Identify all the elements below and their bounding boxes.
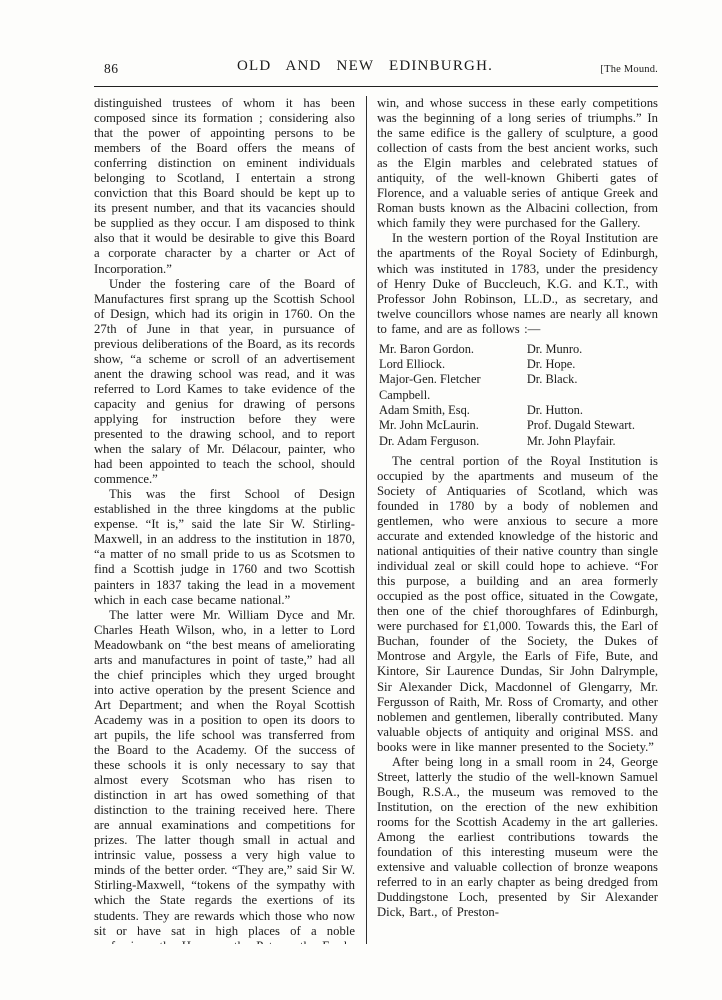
councillor-name: Mr. John Playfair. xyxy=(527,434,658,449)
paragraph: In the western portion of the Royal Inst… xyxy=(377,231,658,336)
councillor-name: Dr. Black. xyxy=(527,372,658,403)
list-item: Major-Gen. Fletcher Campbell. Dr. Black. xyxy=(379,372,658,403)
header-rule xyxy=(94,86,658,87)
page-title: OLD AND NEW EDINBURGH. xyxy=(72,58,658,75)
list-item: Mr. Baron Gordon. Dr. Munro. xyxy=(379,342,658,357)
text-columns: distinguished trustees of whom it has be… xyxy=(94,96,658,944)
councillor-name: Mr. Baron Gordon. xyxy=(379,342,527,357)
paragraph: distinguished trustees of whom it has be… xyxy=(94,96,355,277)
councillor-name: Major-Gen. Fletcher Campbell. xyxy=(379,372,527,403)
paragraph: The latter were Mr. William Dyce and Mr.… xyxy=(94,608,355,944)
left-column: distinguished trustees of whom it has be… xyxy=(94,96,366,944)
right-column: win, and whose success in these early co… xyxy=(367,96,658,944)
book-page: 86 OLD AND NEW EDINBURGH. [The Mound. di… xyxy=(0,0,722,1000)
paragraph: The central portion of the Royal Institu… xyxy=(377,454,658,755)
councillor-name: Dr. Hope. xyxy=(527,357,658,372)
list-item: Lord Elliock. Dr. Hope. xyxy=(379,357,658,372)
councillor-name: Dr. Munro. xyxy=(527,342,658,357)
councillor-name: Lord Elliock. xyxy=(379,357,527,372)
councillor-name: Prof. Dugald Stewart. xyxy=(527,418,658,433)
paragraph: win, and whose success in these early co… xyxy=(377,96,658,231)
paragraph: After being long in a small room in 24, … xyxy=(377,755,658,921)
paragraph: Under the fostering care of the Board of… xyxy=(94,277,355,488)
councillor-name: Adam Smith, Esq. xyxy=(379,403,527,418)
councillor-name: Dr. Adam Ferguson. xyxy=(379,434,527,449)
list-item: Adam Smith, Esq. Dr. Hutton. xyxy=(379,403,658,418)
running-header-right: [The Mound. xyxy=(600,64,658,75)
councillor-name: Mr. John McLaurin. xyxy=(379,418,527,433)
councillor-name: Dr. Hutton. xyxy=(527,403,658,418)
list-item: Dr. Adam Ferguson. Mr. John Playfair. xyxy=(379,434,658,449)
list-item: Mr. John McLaurin. Prof. Dugald Stewart. xyxy=(379,418,658,433)
running-head: 86 OLD AND NEW EDINBURGH. [The Mound. xyxy=(94,58,658,80)
councillors-list: Mr. Baron Gordon. Dr. Munro. Lord Ellioc… xyxy=(379,342,658,449)
paragraph: This was the first School of Design esta… xyxy=(94,487,355,607)
